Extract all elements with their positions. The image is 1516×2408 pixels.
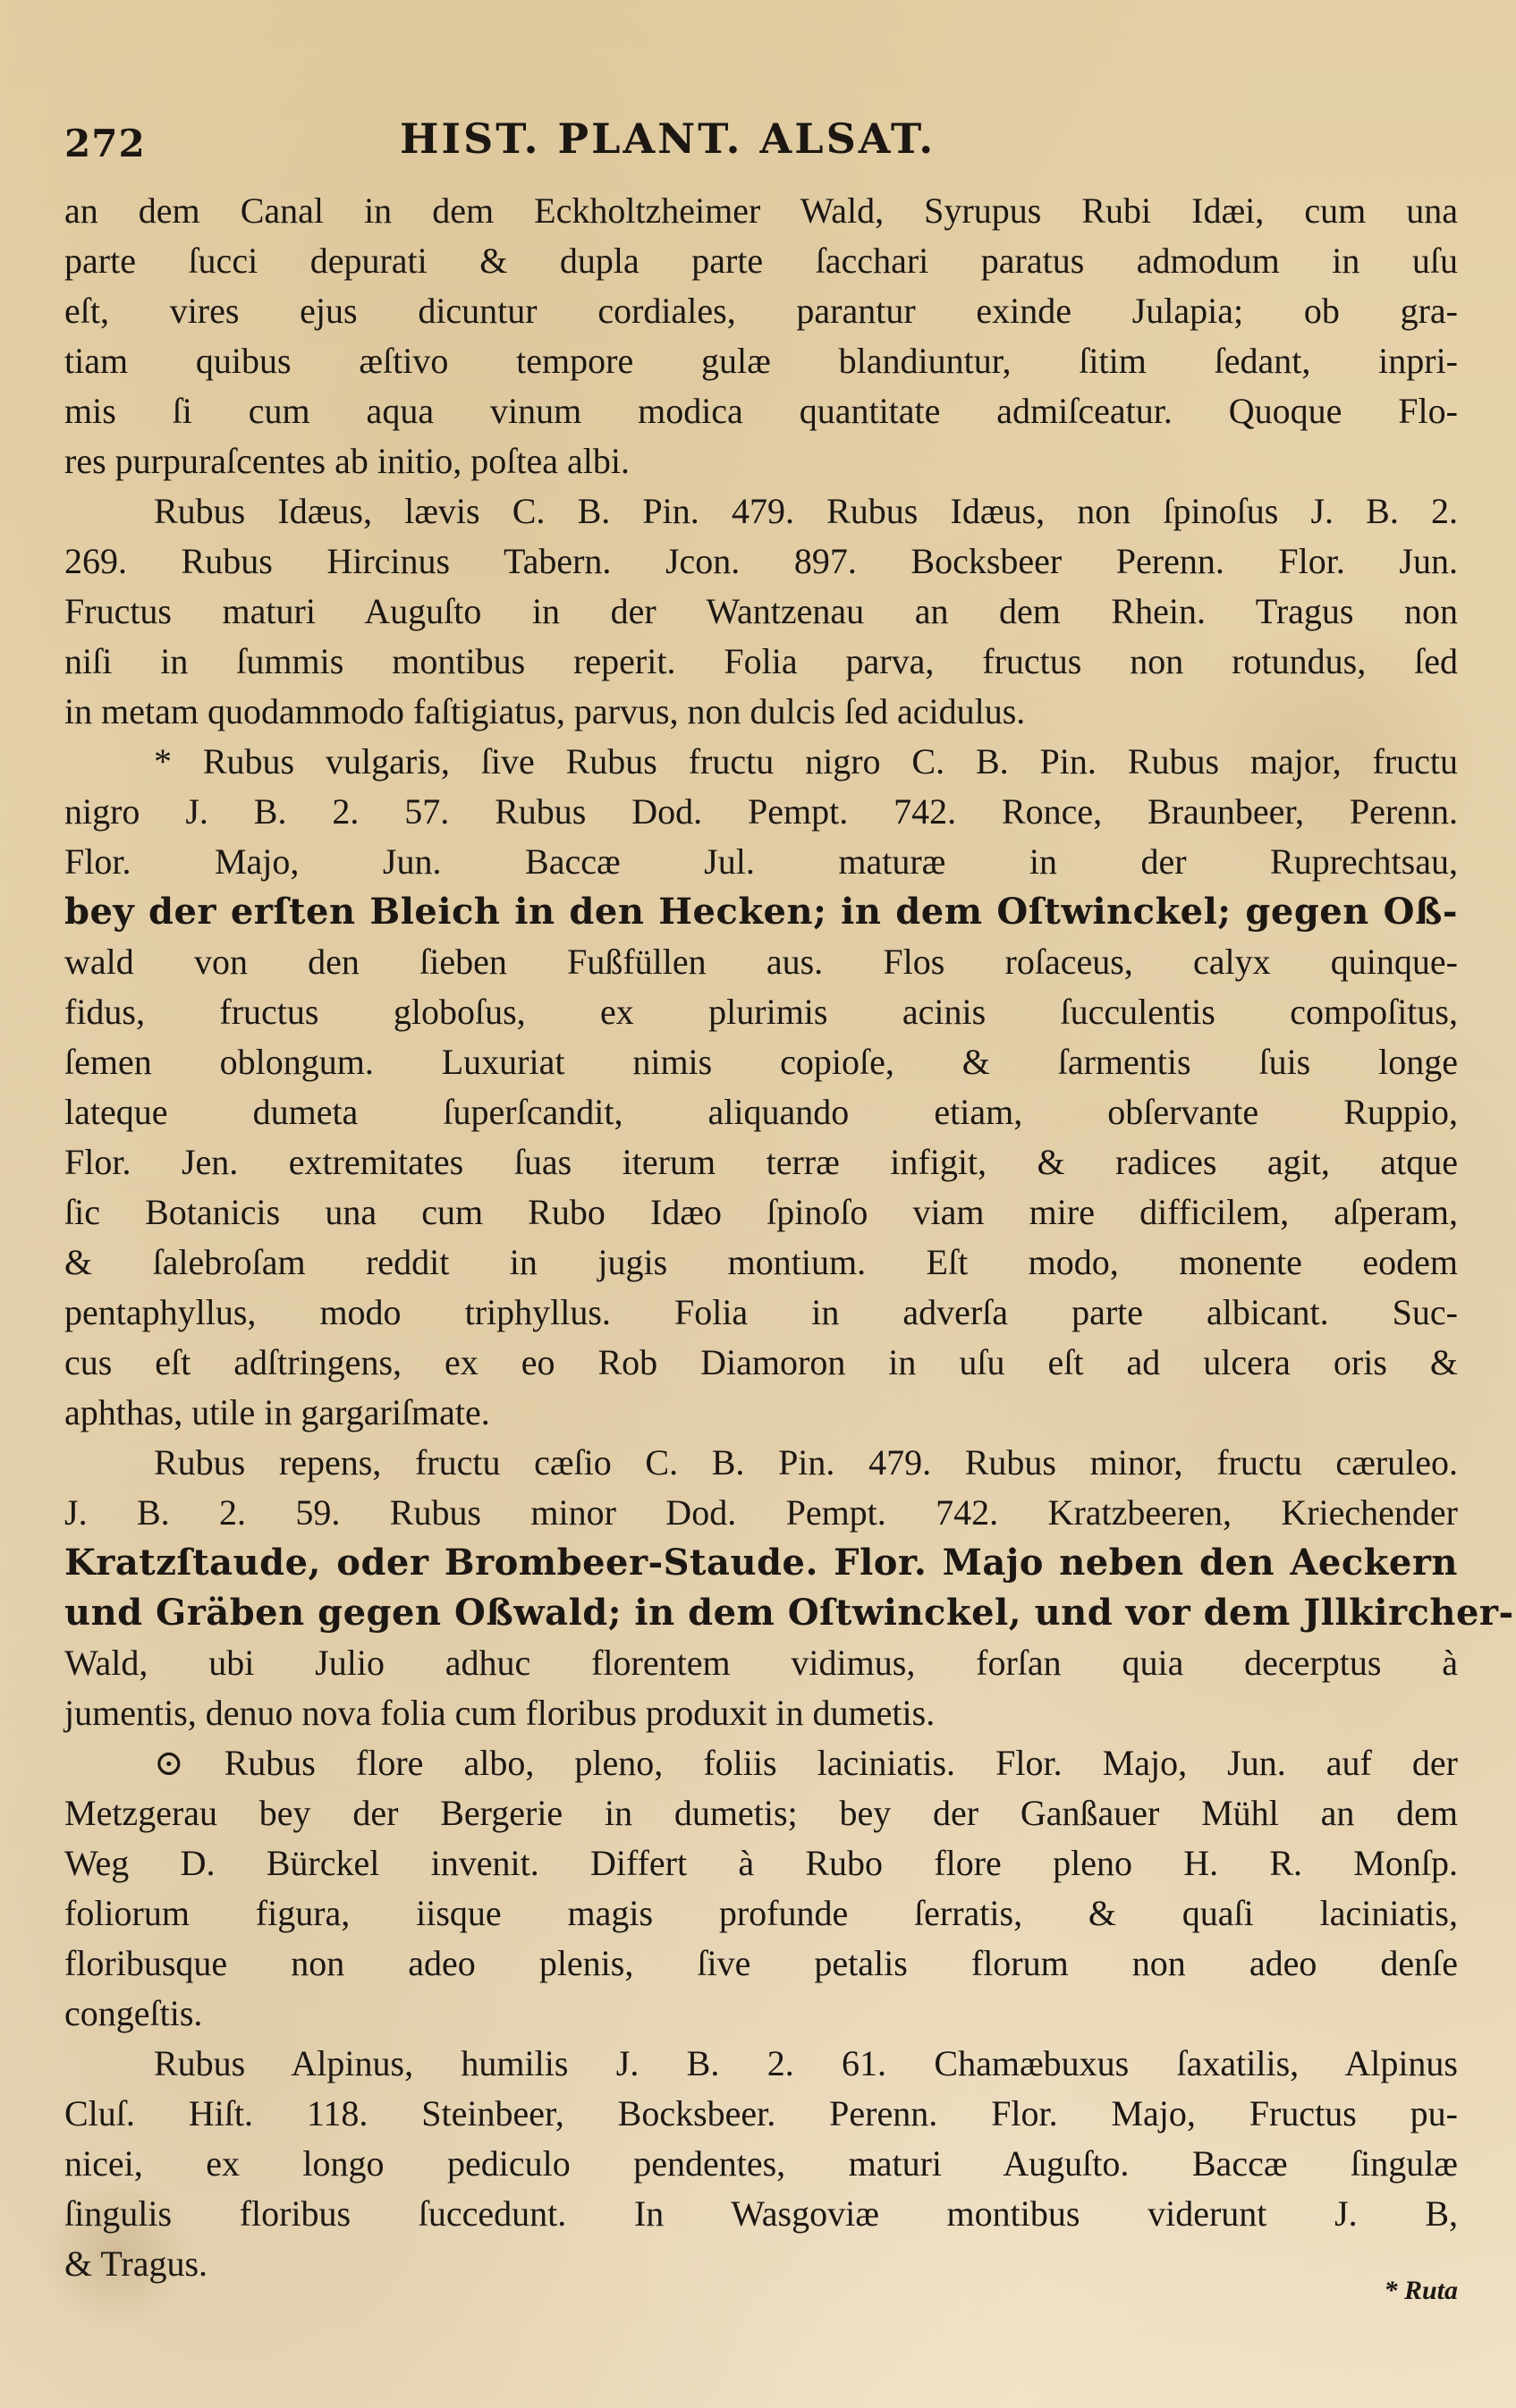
paragraph-rubus-flore-albo-pleno: ⊙ Rubus flore albo, pleno, foliis lacini… xyxy=(64,1738,1458,2039)
text-line: cus eſt adſtringens, ex eo Rob Diamoron … xyxy=(64,1338,1458,1388)
text-line-entry-head: Rubus repens, fructu cæſio C. B. Pin. 47… xyxy=(64,1438,1458,1488)
text-line: lateque dumeta ſuperſcandit, aliquando e… xyxy=(64,1087,1458,1137)
text-line: parte ſucci depurati & dupla parte ſacch… xyxy=(64,236,1458,286)
text-line: & ſalebroſam reddit in jugis montium. Eſ… xyxy=(64,1238,1458,1288)
text-line: in metam quodammodo faſtigiatus, parvus,… xyxy=(64,687,1458,737)
text-line: floribusque non adeo plenis, ſive petali… xyxy=(64,1939,1458,1989)
text-line: aphthas, utile in gargariſmate. xyxy=(64,1388,1458,1438)
text-line: an dem Canal in dem Eckholtzheimer Wald,… xyxy=(64,186,1458,236)
text-line: und Gräben gegen Oßwald; in dem Oſtwinck… xyxy=(64,1588,1458,1638)
text-line: eſt, vires ejus dicuntur cordiales, para… xyxy=(64,286,1458,336)
text-line: res purpuraſcentes ab initio, poſtea alb… xyxy=(64,436,1458,486)
text-line: pentaphyllus, modo triphyllus. Folia in … xyxy=(64,1288,1458,1338)
paragraph-rubus-idaeus-laevis: Rubus Idæus, lævis C. B. Pin. 479. Rubus… xyxy=(64,486,1458,737)
text-line: Cluſ. Hiſt. 118. Steinbeer, Bocksbeer. P… xyxy=(64,2089,1458,2139)
text-line: wald von den ſieben Fußfüllen aus. Flos … xyxy=(64,937,1458,987)
text-line: ſingulis floribus ſuccedunt. In Wasgoviæ… xyxy=(64,2189,1458,2239)
running-head: HIST. PLANT. ALSAT. xyxy=(400,114,936,163)
text-line: mis ſi cum aqua vinum modica quantitate … xyxy=(64,386,1458,436)
catchword: * Ruta xyxy=(1384,2276,1458,2306)
text-line: J. B. 2. 59. Rubus minor Dod. Pempt. 742… xyxy=(64,1488,1458,1538)
text-line: tiam quibus æſtivo tempore gulæ blandiun… xyxy=(64,336,1458,386)
page-body: an dem Canal in dem Eckholtzheimer Wald,… xyxy=(64,186,1458,2289)
page-number: 272 xyxy=(64,122,146,165)
text-line: Flor. Majo, Jun. Baccæ Jul. maturæ in de… xyxy=(64,837,1458,887)
text-line: nigro J. B. 2. 57. Rubus Dod. Pempt. 742… xyxy=(64,787,1458,837)
text-line: Fructus maturi Auguſto in der Wantzenau … xyxy=(64,587,1458,637)
text-line: Flor. Jen. extremitates ſuas iterum terr… xyxy=(64,1137,1458,1187)
text-line: & Tragus. xyxy=(64,2239,1458,2289)
text-line: ſemen oblongum. Luxuriat nimis copioſe, … xyxy=(64,1037,1458,1087)
text-line-entry-head: Rubus Alpinus, humilis J. B. 2. 61. Cham… xyxy=(64,2039,1458,2089)
text-line-entry-head: Rubus Idæus, lævis C. B. Pin. 479. Rubus… xyxy=(64,486,1458,537)
text-line: foliorum figura, iisque magis profunde ſ… xyxy=(64,1888,1458,1939)
text-line: fidus, fructus globoſus, ex plurimis aci… xyxy=(64,987,1458,1037)
paragraph-rubus-repens: Rubus repens, fructu cæſio C. B. Pin. 47… xyxy=(64,1438,1458,1738)
text-line: Weg D. Bürckel invenit. Differt à Rubo f… xyxy=(64,1838,1458,1888)
paragraph-rubus-alpinus: Rubus Alpinus, humilis J. B. 2. 61. Cham… xyxy=(64,2039,1458,2289)
page-header: 272 HIST. PLANT. ALSAT. xyxy=(64,114,1458,177)
text-line-entry-head: * Rubus vulgaris, ſive Rubus fructu nigr… xyxy=(64,737,1458,787)
paragraph-continuation: an dem Canal in dem Eckholtzheimer Wald,… xyxy=(64,186,1458,486)
book-page: 272 HIST. PLANT. ALSAT. an dem Canal in … xyxy=(64,114,1458,2289)
text-line: 269. Rubus Hircinus Tabern. Jcon. 897. B… xyxy=(64,537,1458,587)
text-line: niſi in ſummis montibus reperit. Folia p… xyxy=(64,637,1458,687)
text-line: ſic Botanicis una cum Rubo Idæo ſpinoſo … xyxy=(64,1187,1458,1238)
paragraph-rubus-vulgaris: * Rubus vulgaris, ſive Rubus fructu nigr… xyxy=(64,737,1458,1438)
text-line: nicei, ex longo pediculo pendentes, matu… xyxy=(64,2139,1458,2189)
text-line-entry-head: ⊙ Rubus flore albo, pleno, foliis lacini… xyxy=(64,1738,1458,1788)
text-line: Wald, ubi Julio adhuc florentem vidimus,… xyxy=(64,1638,1458,1688)
text-line: bey der erſten Bleich in den Hecken; in … xyxy=(64,887,1458,937)
text-line: congeſtis. xyxy=(64,1989,1458,2039)
text-line: Metzgerau bey der Bergerie in dumetis; b… xyxy=(64,1788,1458,1838)
text-line: Kratzſtaude, oder Brombeer-Staude. Flor.… xyxy=(64,1538,1458,1588)
text-line: jumentis, denuo nova folia cum floribus … xyxy=(64,1688,1458,1738)
